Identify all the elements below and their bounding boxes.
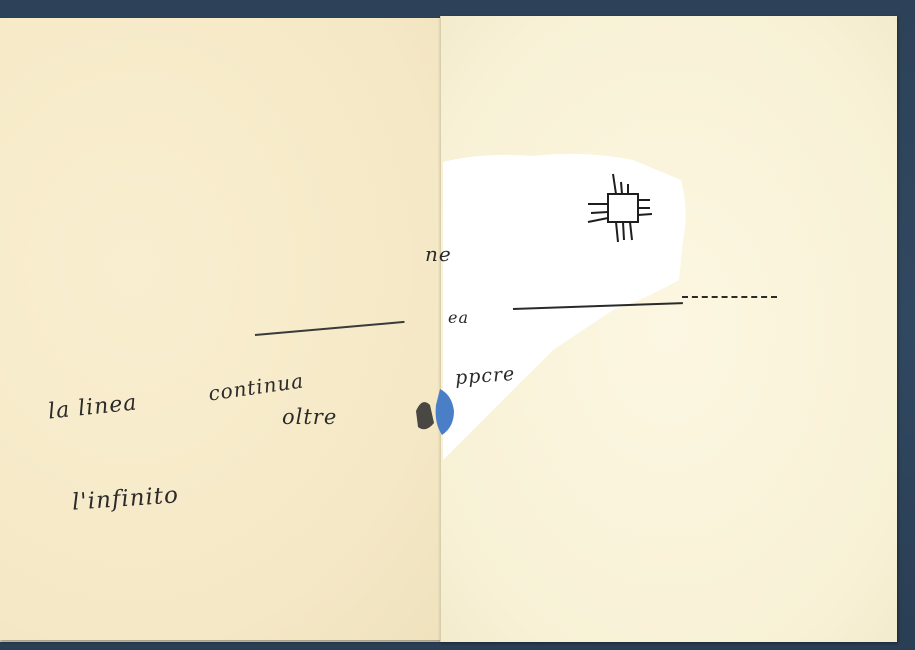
handwritten-text-oltre: oltre: [282, 405, 337, 429]
blue-ink-mark: [410, 383, 460, 438]
microchip-drawing-icon: [586, 168, 656, 248]
left-page: [0, 18, 442, 640]
handwritten-fragment-middle: ea: [448, 308, 469, 327]
handwritten-fragment-bottom: ppcre: [454, 363, 516, 389]
dashed-line-continuation: [682, 296, 777, 301]
handwritten-fragment-top: ne: [425, 242, 452, 266]
